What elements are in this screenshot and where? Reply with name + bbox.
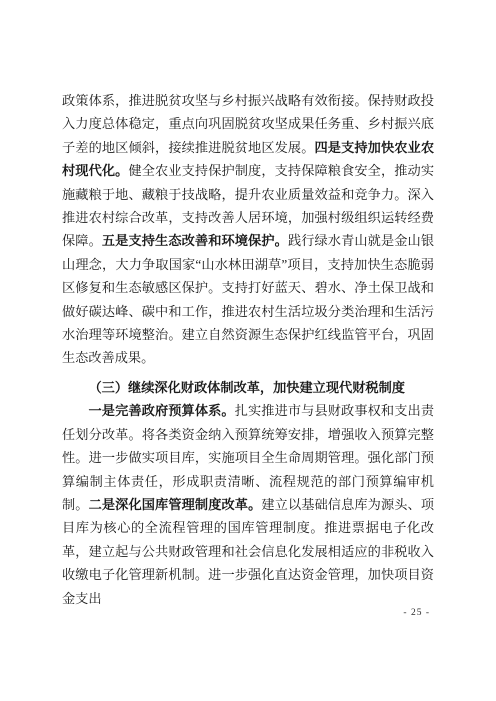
paragraph-policy-support: 政策体系，推进脱贫攻坚与乡村振兴战略有效衔接。保持财政投入力度总体稳定，重点向巩… (62, 89, 434, 370)
text-run-bold-item-five: 五是支持生态改善和环境保护。 (102, 233, 288, 248)
page-number: - 25 - (403, 606, 430, 620)
text-run-bold-item-two: 二是深化国库管理制度改革。 (89, 497, 262, 512)
page-body: 政策体系，推进脱贫攻坚与乡村振兴战略有效衔接。保持财政投入力度总体稳定，重点向巩… (62, 89, 434, 610)
section-heading-three: （三）继续深化财政体制改革，加快建立现代财税制度 (62, 376, 434, 399)
text-run-bold-item-one: 一是完善政府预算体系。 (89, 403, 235, 418)
heading-text: （三）继续深化财政体制改革，加快建立现代财税制度 (89, 380, 406, 395)
text-run: 建立以基础信息库为源头、项目库为核心的全流程管理的国库管理制度。推进票据电子化改… (62, 497, 434, 606)
document-page: 政策体系，推进脱贫攻坚与乡村振兴战略有效衔接。保持财政投入力度总体稳定，重点向巩… (0, 0, 496, 701)
text-run: 扎实推进市与县财政事权和支出责任划分改革。将各类资金纳入预算统筹安排，增强收入预… (62, 403, 434, 512)
paragraph-fiscal-reform: 一是完善政府预算体系。扎实推进市与县财政事权和支出责任划分改革。将各类资金纳入预… (62, 399, 434, 610)
text-run: 践行绿水青山就是金山银山理念，大力争取国家“山水林田湖草”项目，支持加快生态脆弱… (62, 233, 434, 365)
